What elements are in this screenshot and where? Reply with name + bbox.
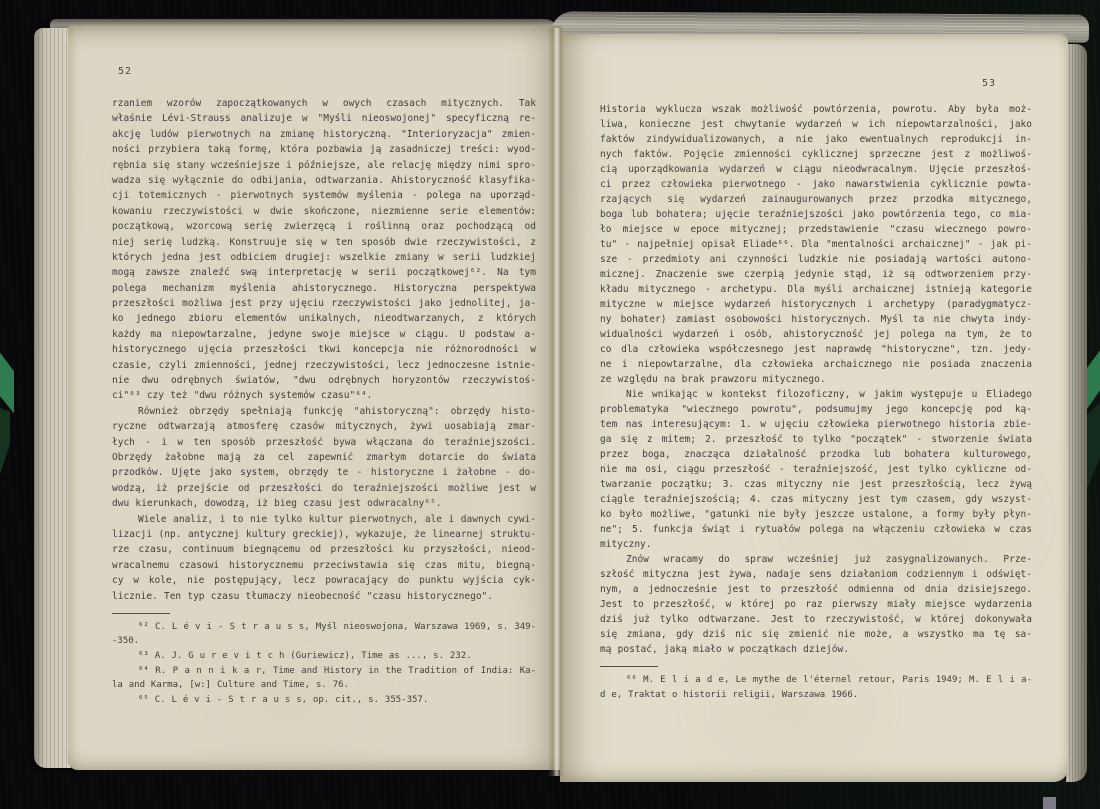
footnote-rule (112, 613, 170, 614)
paragraph: Również obrzędy spełniają funkcję "ahist… (112, 404, 536, 512)
text-line: ciągle teraźniejszością; 4. czas mityczn… (600, 492, 1032, 507)
text-line: wracalnemu czasowi historycznemu przeciw… (112, 558, 536, 573)
text-line: mogą zawsze znaleźć swą interpretację w … (112, 265, 536, 280)
paragraph: ⁶² C. L é v i - S t r a u s s, Myśl nieo… (112, 620, 536, 649)
paragraph: Historia wyklucza wszak możliwość powtór… (600, 102, 1032, 387)
text-line: cią uporządkowania wydarzeń w ciągu nieo… (600, 162, 1032, 177)
text-line: szłość mityczna jest żywa, nadaje sens d… (600, 567, 1032, 582)
text-line: Obrzędy żałobne mają za cel zapewnić zma… (112, 450, 536, 465)
text-line: ci"⁶³ czy też "dwu różnych systemów czas… (112, 388, 536, 403)
page-stack-edge-left (34, 28, 71, 768)
text-line: twarzanie początku; 3. czas mityczny nie… (600, 477, 1032, 492)
text-line: wodzą, iż przejście od przeszłości do te… (112, 481, 536, 496)
footnotes: ⁶⁶ M. E l i a d e, Le mythe de l'éternel… (600, 673, 1032, 702)
text-line: nych faktów. Pojęcie zmienności cykliczn… (600, 147, 1032, 162)
text-line: ze względu na brak prawzoru mitycznego. (600, 372, 1032, 387)
text-line: ko było możliwe, "gatunki nie były jeszc… (600, 507, 1032, 522)
text-line: ło miejsce w epoce mitycznej; przedstawi… (600, 222, 1032, 237)
text-line: nym, a jednocześnie jest to przeszłość o… (600, 582, 1032, 597)
paragraph: Znów wracamy do spraw wcześniej już zasy… (600, 552, 1032, 657)
text-line: tu" - najpełniej opisał Eliade⁶⁶. Dla "m… (600, 237, 1032, 252)
text-line: Również obrzędy spełniają funkcję "ahist… (112, 404, 536, 419)
text-line: Historia wyklucza wszak możliwość powtór… (600, 102, 1032, 117)
text-line: ga się z mitem; 2. przeszłość to tylko "… (600, 432, 1032, 447)
text-line: lizacji (np. antycznej kultury greckiej)… (112, 527, 536, 542)
text-line: ⁶² C. L é v i - S t r a u s s, Myśl nieo… (112, 620, 536, 635)
text-line: wadza się wyłącznie do odbijania, odtwar… (112, 173, 536, 188)
paragraph: ⁶⁵ C. L é v i - S t r a u s s, op. cit.,… (112, 693, 536, 708)
text-line: właśnie Lévi-Strauss analizuje w "Myśli … (112, 111, 536, 126)
left-page-textblock: rzaniem wzorów zapoczątkowanych w owych … (112, 96, 536, 707)
scan-artifact-mark (1043, 797, 1056, 809)
right-page-textblock: Historia wyklucza wszak możliwość powtór… (600, 102, 1032, 702)
page-stack-edge-right (1066, 44, 1087, 782)
text-line: ⁶⁶ M. E l i a d e, Le mythe de l'éternel… (600, 673, 1032, 688)
text-line: przeszłości możliwa jest przy ujęciu rze… (112, 296, 536, 311)
green-cloth-edge-left (0, 350, 14, 416)
text-line: -350. (112, 634, 536, 649)
page-number-left: 52 (118, 66, 132, 77)
text-line: tem nas interesującym: 1. w ujęciu człow… (600, 417, 1032, 432)
text-line: których jedna jest odbiciem drugiej: wsz… (112, 250, 536, 265)
paragraph: Nie wnikając w kontekst filozoficzny, w … (600, 387, 1032, 552)
text-line: dziś już tylko odtwarzane. Jest to rzecz… (600, 612, 1032, 627)
text-line: cji totemicznych - pierwotnych systemów … (112, 188, 536, 203)
text-line: historycznego ujęcia przeszłości tkwi ko… (112, 342, 536, 357)
text-line: ⁶⁴ R. P a n n i k a r, Time and History … (112, 664, 536, 679)
text-line: ⁶³ A. J. G u r e v i t c h (Guriewicz), … (112, 649, 536, 664)
text-line: cy w kole, nie postępujący, lecz powraca… (112, 573, 536, 588)
text-line: ⁶⁵ C. L é v i - S t r a u s s, op. cit.,… (112, 693, 536, 708)
text-line: łych - i w ten sposób przeszłość bywa wł… (112, 435, 536, 450)
text-line: ne i niepowtarzalne, dla człowieka archa… (600, 357, 1032, 372)
text-line: kładu mitycznego - archetypu. Dla myśli … (600, 282, 1032, 297)
text-line: la and Karma, [w:] Culture and Time, s. … (112, 678, 536, 693)
text-line: rzaniem wzorów zapoczątkowanych w owych … (112, 96, 536, 111)
text-line: przodków. Ujęte jako system, obrzędy te … (112, 465, 536, 480)
footnote-rule (600, 666, 658, 667)
paragraph: ⁶⁴ R. P a n n i k a r, Time and History … (112, 664, 536, 693)
text-line: rze czasu, continuum biegnącemu od przes… (112, 542, 536, 557)
text-line: Jest to przeszłość, w której po raz pier… (600, 597, 1032, 612)
body-text: Historia wyklucza wszak możliwość powtór… (600, 102, 1032, 657)
right-page: 53 Historia wyklucza wszak możliwość pow… (560, 34, 1068, 782)
text-line: boga lub bohatera; ujęcie teraźniejszośc… (600, 207, 1032, 222)
text-line: polega mechanizm myślenia ahistorycznego… (112, 281, 536, 296)
text-line: akcję ludów pierwotnych na zmianę histor… (112, 127, 536, 142)
paragraph: ⁶⁶ M. E l i a d e, Le mythe de l'éternel… (600, 673, 1032, 702)
text-line: Nie wnikając w kontekst filozoficzny, w … (600, 387, 1032, 402)
green-cloth-shadow-left (0, 408, 10, 474)
text-line: d e, Traktat o historii religii, Warszaw… (600, 688, 1032, 703)
footnotes: ⁶² C. L é v i - S t r a u s s, Myśl nieo… (112, 620, 536, 708)
text-line: przez boga, znacząca działalność przodka… (600, 447, 1032, 462)
text-line: kowaniu rzeczywistości w dwie skończone,… (112, 204, 536, 219)
text-line: każdy ma niepowtarzalne, jedyne swoje mi… (112, 327, 536, 342)
text-line: ności przybiera taką formę, która pozbaw… (112, 142, 536, 157)
page-number-right: 53 (982, 78, 996, 89)
text-line: ne"; 5. funkcja świąt i rytuałów polega … (600, 522, 1032, 537)
text-line: co dla człowieka współczesnego jest napr… (600, 342, 1032, 357)
text-line: Wiele analiz, i to nie tylko kultur pier… (112, 512, 536, 527)
text-line: mityczny. (600, 537, 1032, 552)
book-scan-scene: 52 rzaniem wzorów zapoczątkowanych w owy… (0, 0, 1100, 809)
text-line: ko jednego zbioru elementów unikalnych, … (112, 311, 536, 326)
paragraph: ⁶³ A. J. G u r e v i t c h (Guriewicz), … (112, 649, 536, 664)
text-line: ny bohater) zamiast osobowości historycz… (600, 312, 1032, 327)
text-line: nie dwu odrębnych światów, "dwu odrębnyc… (112, 373, 536, 388)
text-line: początkową, wzorcową serię zwierzęcą i r… (112, 219, 536, 234)
text-line: widualności wydarzeń i osób, ahistoryczn… (600, 327, 1032, 342)
body-text: rzaniem wzorów zapoczątkowanych w owych … (112, 96, 536, 604)
text-line: ci przez człowieka pierwotnego - jako na… (600, 177, 1032, 192)
paragraph: rzaniem wzorów zapoczątkowanych w owych … (112, 96, 536, 404)
text-line: rębnia się stany wcześniejsze i późniejs… (112, 158, 536, 173)
text-line: nie ma osi, ciągu przeszłość - teraźniej… (600, 462, 1032, 477)
text-line: mityczne w miejsce wydarzeń historycznyc… (600, 297, 1032, 312)
text-line: ryczne odtwarzają atmosferę czasów mityc… (112, 419, 536, 434)
paragraph: Wiele analiz, i to nie tylko kultur pier… (112, 512, 536, 604)
left-page: 52 rzaniem wzorów zapoczątkowanych w owy… (68, 26, 561, 770)
text-line: czasie, czyli zmienności, jednej rzeczyw… (112, 358, 536, 373)
text-line: się zmiana, gdy dziś nic się zmienić nie… (600, 627, 1032, 642)
text-line: liwa, konieczne jest chwytanie wydarzeń … (600, 117, 1032, 132)
text-line: dwu kierunkach, dowodzą, iż bieg czasu j… (112, 496, 536, 511)
text-line: faktów zindywidualizowanych, a nie jako … (600, 132, 1032, 147)
text-line: rzających się wydarzeń zainaugurowanych … (600, 192, 1032, 207)
text-line: Znów wracamy do spraw wcześniej już zasy… (600, 552, 1032, 567)
text-line: niej serię ludzką. Konstruuje się w ten … (112, 235, 536, 250)
text-line: mą postać, jaką miało w początkach dziej… (600, 642, 1032, 657)
text-line: licznie. Ten typ czasu tłumaczy nieobecn… (112, 589, 536, 604)
text-line: problematyka "wiecznego powrotu", podsum… (600, 402, 1032, 417)
text-line: micznej. Znaczenie swe czerpią jedynie s… (600, 267, 1032, 282)
text-line: sze - przedmioty ani czynności ludzkie n… (600, 252, 1032, 267)
